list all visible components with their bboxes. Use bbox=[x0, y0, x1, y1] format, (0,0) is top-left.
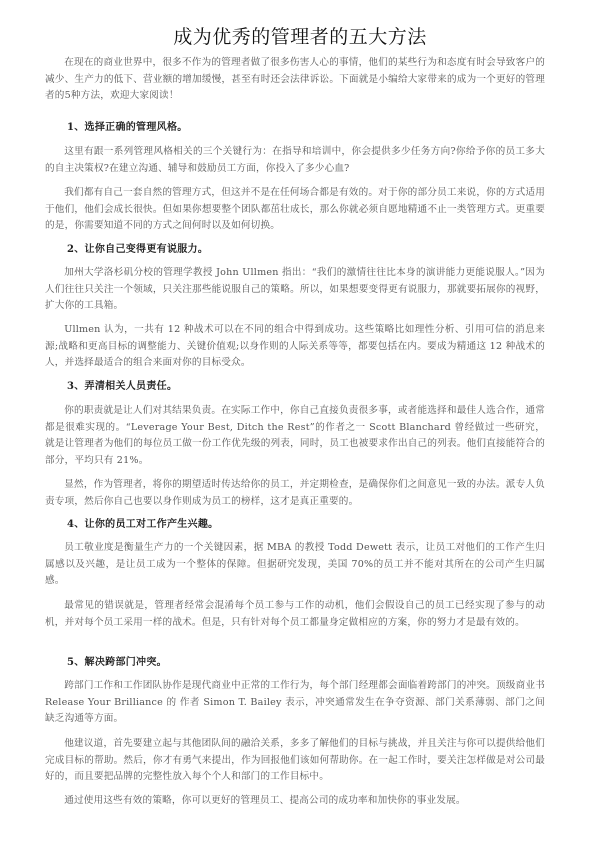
document-title: 成为优秀的管理者的五大方法 bbox=[0, 22, 600, 49]
section-5-paragraph-2: 他建议道，首先要建立起与其他团队间的融洽关系，多多了解他们的目标与挑战，并且关注… bbox=[45, 736, 545, 786]
section-2-heading: 2、让你自己变得更有说服力。 bbox=[67, 240, 208, 255]
section-4-paragraph-2: 最常见的错误就是，管理者经常会混淆每个员工参与工作的动机，他们会假设自己的员工已… bbox=[45, 598, 545, 631]
section-4-paragraph-1: 员工敬业度是衡量生产力的一个关键因素，据 MBA 的教授 Todd Dewett… bbox=[45, 540, 545, 590]
section-1-paragraph-2: 我们都有自己一套自然的管理方式，但这并不是在任何场合都是有效的。对于你的部分员工… bbox=[45, 185, 545, 235]
conclusion-paragraph: 通过使用这些有效的策略，你可以更好的管理员工、提高公司的成功率和加快你的事业发展… bbox=[45, 793, 545, 810]
intro-paragraph: 在现在的商业世界中，很多不作为的管理者做了很多伤害人心的事情，他们的某些行为和态… bbox=[45, 55, 545, 105]
section-4-heading: 4、让你的员工对工作产生兴趣。 bbox=[67, 515, 218, 530]
section-2-paragraph-2: Ullmen 认为，一共有 12 种战术可以在不同的组合中得到成功。这些策略比如… bbox=[45, 322, 545, 372]
section-5-heading: 5、解决跨部门冲突。 bbox=[67, 653, 167, 668]
section-2-paragraph-1: 加州大学洛杉矶分校的管理学教授 John Ullmen 指出：“我们的激情往往比… bbox=[45, 265, 545, 315]
section-1-paragraph-1: 这里有跟一系列管理风格相关的三个关键行为：在指导和培训中，你会提供多少任务方向?… bbox=[45, 144, 545, 177]
section-3-paragraph-2: 显然，作为管理者，将你的期望适时传达给你的员工，并定期检查，是确保你们之间意见一… bbox=[45, 477, 545, 510]
section-1-heading: 1、选择正确的管理风格。 bbox=[67, 118, 188, 133]
section-5-paragraph-1: 跨部门工作和工作团队协作是现代商业中正常的工作行为，每个部门经理都会面临着跨部门… bbox=[45, 678, 545, 728]
section-3-heading: 3、弄清相关人员责任。 bbox=[67, 377, 177, 392]
document-page: 成为优秀的管理者的五大方法 在现在的商业世界中，很多不作为的管理者做了很多伤害人… bbox=[0, 0, 600, 849]
section-3-paragraph-1: 你的职责就是让人们对其结果负责。在实际工作中，你自己直接负责很多事，或者能选择和… bbox=[45, 403, 545, 469]
